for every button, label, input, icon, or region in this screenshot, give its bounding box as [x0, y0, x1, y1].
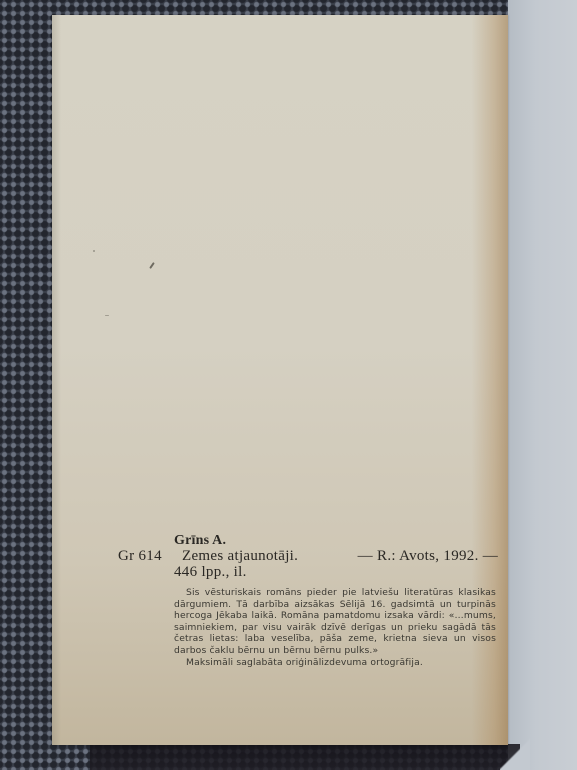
book-title: Zemes atjaunotāji.	[182, 548, 298, 564]
page-extent: 446 lpp., il.	[174, 564, 498, 580]
title-line: Gr 614 Zemes atjaunotāji. — R.: Avots, 1…	[118, 548, 498, 564]
shelfmark: Gr 614	[118, 548, 174, 564]
publication-info: — R.: Avots, 1992. —	[358, 548, 498, 564]
paper-speck	[105, 315, 109, 316]
title-publication: Zemes atjaunotāji. — R.: Avots, 1992. —	[174, 548, 498, 564]
facing-page	[508, 0, 577, 770]
orthography-note: Maksimāli saglabāta oriģinālizdevuma ort…	[174, 657, 496, 669]
author-name: Grīns A.	[174, 533, 498, 548]
page-edge	[52, 15, 61, 745]
catalog-entry: Grīns A. Gr 614 Zemes atjaunotāji. — R.:…	[118, 533, 498, 669]
annotation-text: Sis vēsturiskais romāns pieder pie latvi…	[174, 587, 496, 657]
paper-speck	[93, 250, 95, 252]
page-shadow	[90, 744, 520, 770]
